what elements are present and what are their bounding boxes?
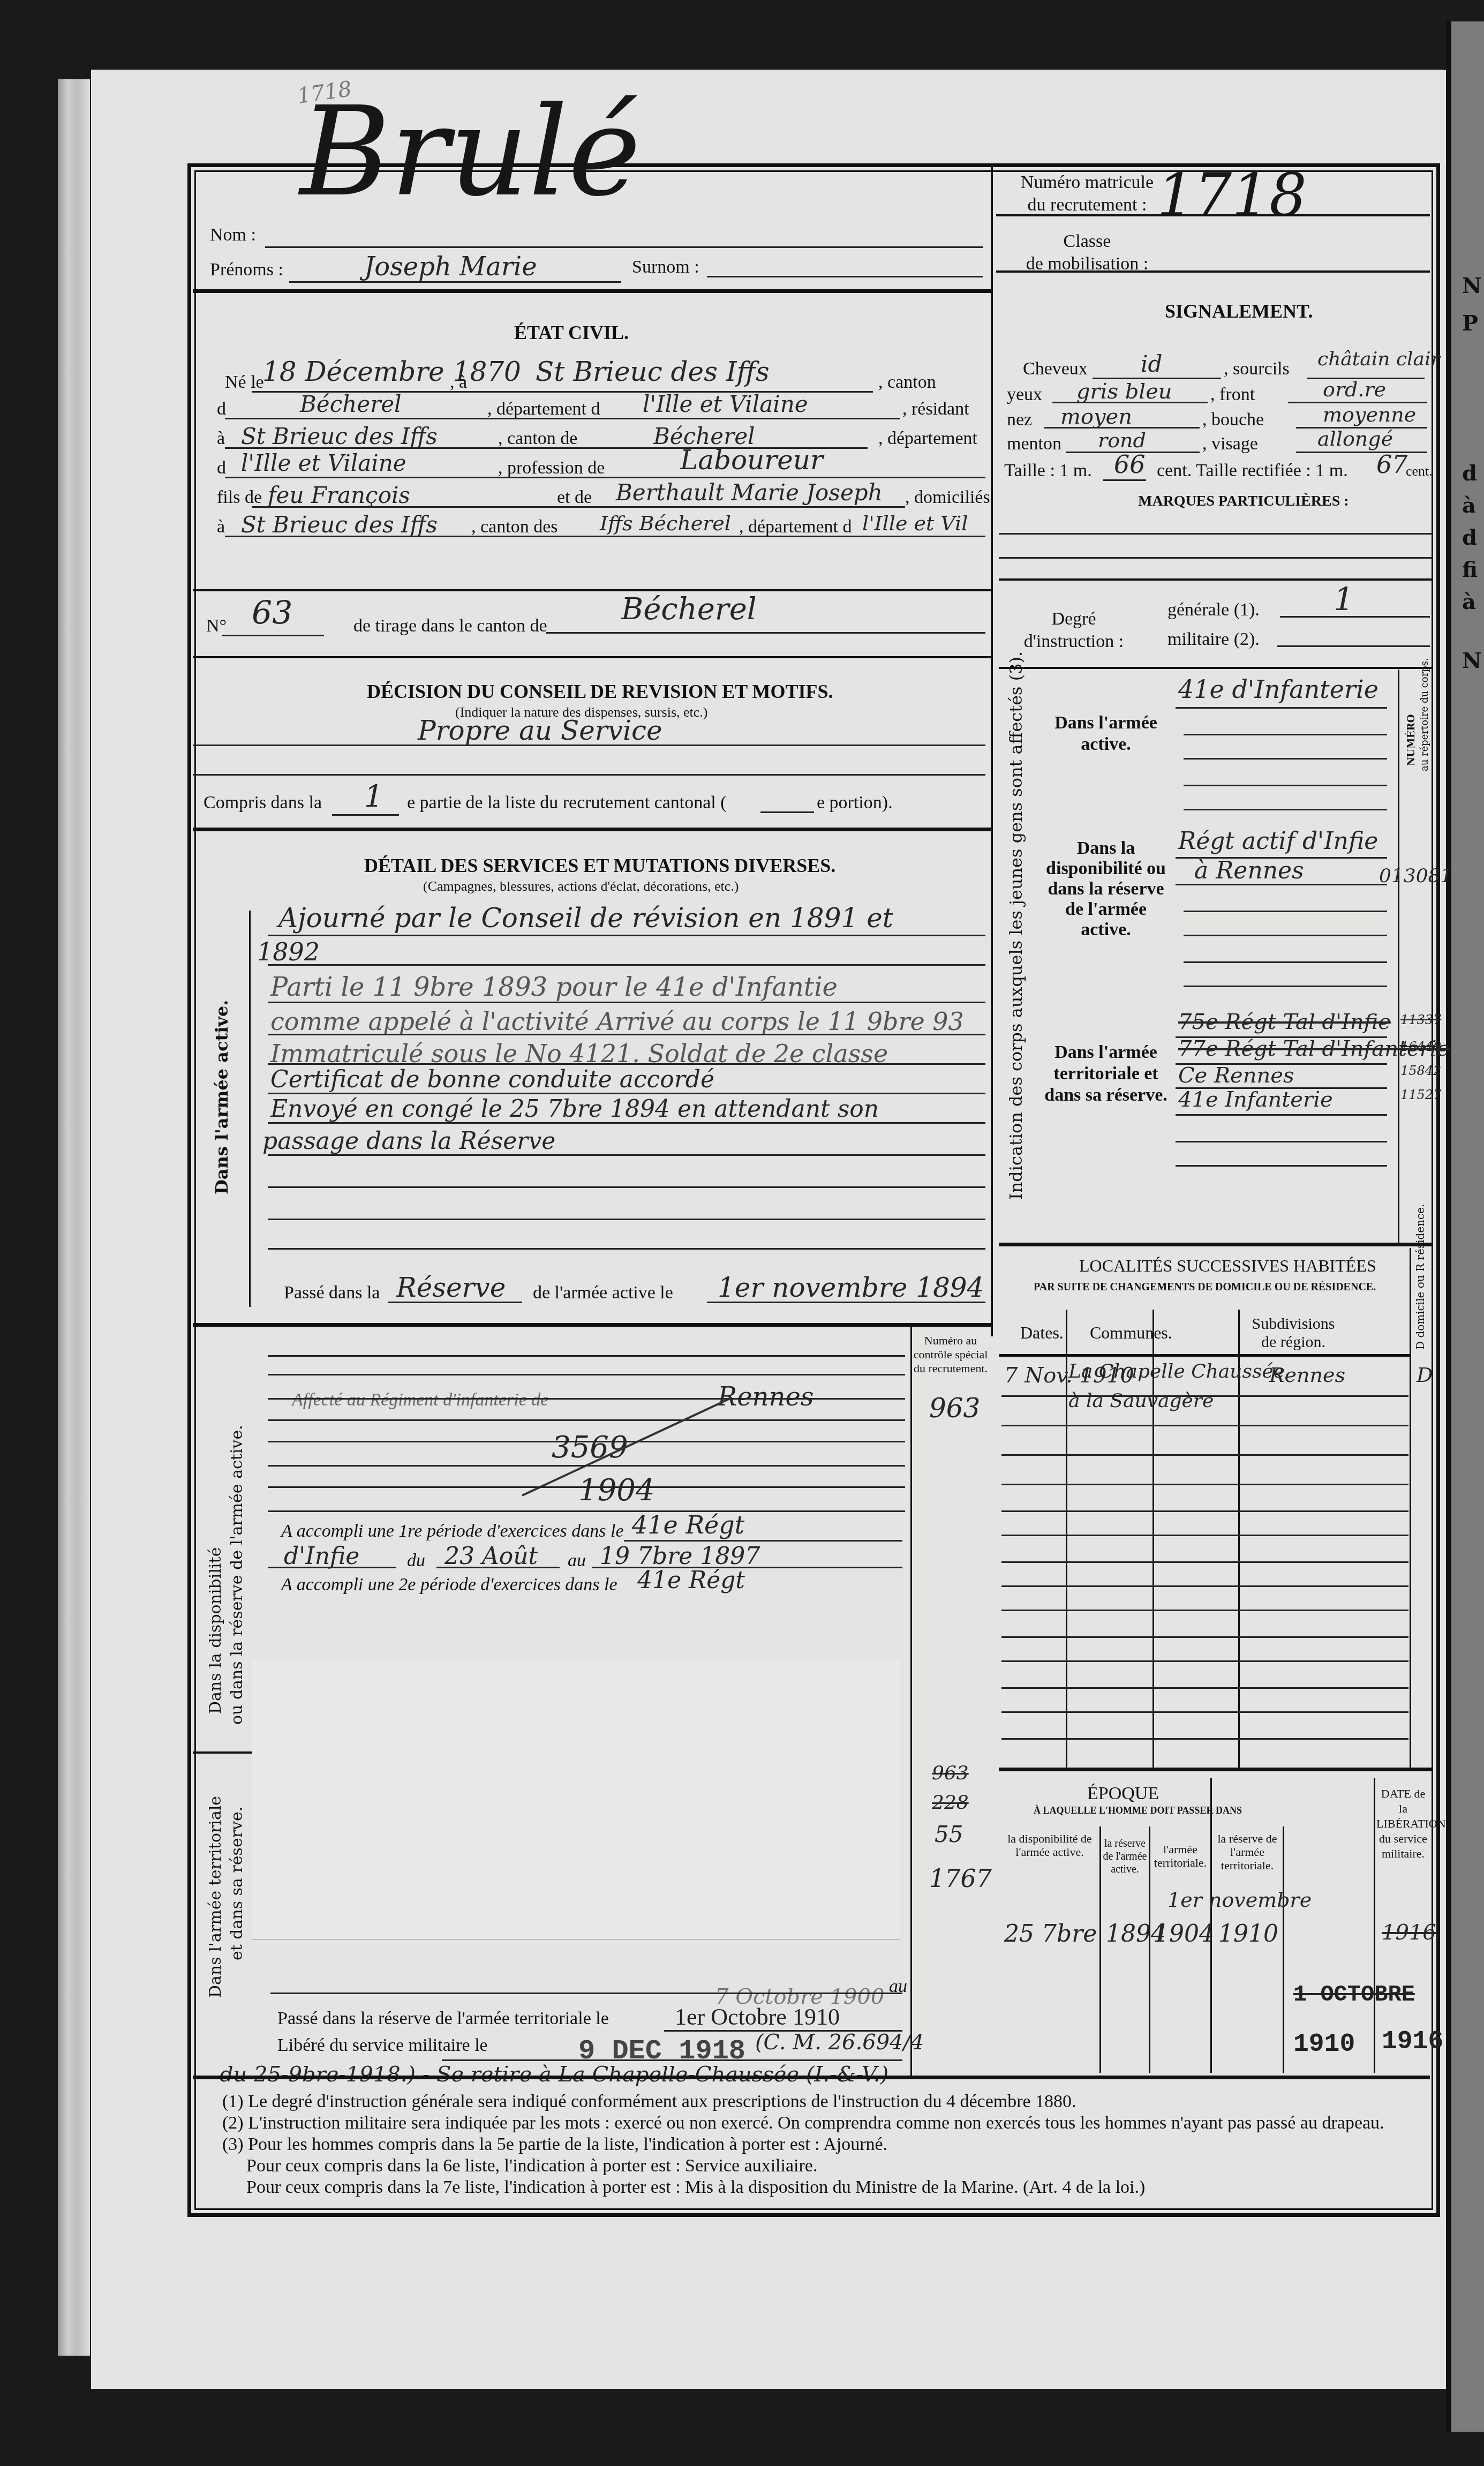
- divider: [193, 589, 991, 591]
- liberation-value: 1916: [1382, 1920, 1436, 1945]
- territoriale-numero-4: 1767: [929, 1864, 992, 1893]
- birth-place: St Brieuc des Iffs: [536, 356, 770, 387]
- disponibilite-entry: à Rennes: [1194, 857, 1304, 884]
- matricule-value: 1718: [1157, 161, 1307, 229]
- numero-controle-divider: [910, 1326, 912, 2076]
- numero-header: NUMÉRO: [1406, 715, 1417, 766]
- footnote-4: Pour ceux compris dans la 6e liste, l'in…: [246, 2156, 817, 2176]
- residant-a-label: à: [217, 428, 225, 449]
- instruction-label-line2: d'instruction :: [1024, 631, 1124, 651]
- taille-value: 66: [1114, 450, 1146, 479]
- nez-value: moyen: [1060, 404, 1132, 429]
- next-page-edge: N P d à d fi à N: [1446, 21, 1484, 2432]
- underline: [268, 1465, 905, 1467]
- row-line: [1001, 1711, 1408, 1713]
- underline: [268, 1486, 905, 1488]
- libere-note: (C. M. 26.694/4: [755, 2030, 924, 2055]
- underline: [222, 635, 324, 636]
- passe-value: Réserve: [396, 1272, 506, 1303]
- underline: [1176, 1063, 1387, 1065]
- affecte-value: Rennes: [718, 1382, 813, 1412]
- tirage-label: de tirage dans le canton de: [353, 616, 547, 636]
- domicilies-a-label: à: [217, 517, 225, 537]
- cheveux-label: Cheveux: [1023, 359, 1088, 379]
- row-line: [1001, 1610, 1408, 1611]
- localite-subdivision: Rennes: [1269, 1363, 1345, 1387]
- residant-value: St Brieuc des Iffs: [241, 423, 438, 449]
- compris-value: 1: [364, 779, 383, 814]
- numero-controle-header: Numéro au contrôle spécial du recrutemen…: [913, 1334, 988, 1375]
- underline: [1184, 911, 1387, 912]
- underline: [268, 1419, 905, 1421]
- divider: [996, 270, 1430, 273]
- underline: [546, 632, 985, 634]
- residant-canton-label: , canton de: [498, 428, 577, 449]
- front-label: , front: [1210, 385, 1255, 405]
- underline: [268, 1441, 905, 1442]
- underline: [436, 1567, 560, 1568]
- domicilies-value: St Brieuc des Iffs: [241, 512, 438, 538]
- disponibilite-vertical-label-2: ou dans la réserve de l'armée active.: [228, 1425, 246, 1725]
- canton-value: Bécherel: [300, 391, 402, 417]
- underline: [1184, 734, 1387, 735]
- cheveux-value: id: [1141, 351, 1162, 377]
- conseil-title: DÉCISION DU CONSEIL DE REVISION ET MOTIF…: [367, 680, 833, 703]
- territoriale-entry: Ce Rennes: [1178, 1063, 1294, 1088]
- divider: [193, 656, 991, 658]
- sourcils-value: châtain clair: [1317, 348, 1440, 370]
- underline: [388, 1302, 522, 1303]
- matricule-label: Numéro matriculedu recrutement :: [1007, 171, 1167, 216]
- surnom-underline: [707, 276, 983, 277]
- territoriale-label: Dans l'armée territoriale et dans sa rés…: [1042, 1042, 1170, 1106]
- territoriale-numero: 11337: [1400, 1012, 1441, 1027]
- row-line: [1001, 1535, 1408, 1536]
- row-line: [1001, 1454, 1408, 1456]
- service-line: Envoyé en congé le 25 7bre 1894 en atten…: [270, 1095, 879, 1123]
- row-line: [1001, 1395, 1408, 1397]
- underline: [193, 745, 985, 746]
- underline: [268, 1093, 985, 1094]
- row-line: [1001, 1484, 1408, 1485]
- underline: [268, 964, 985, 966]
- instruction-generale-label: générale (1).: [1167, 600, 1260, 620]
- conseil-decision: Propre au Service: [418, 715, 662, 746]
- matricule-label-line1: Numéro matricule: [1021, 172, 1154, 192]
- libere-label: Libéré du service militaire le: [277, 2035, 488, 2056]
- stamp-liberation: 1916: [1382, 2027, 1443, 2056]
- epoque-value-reserve-territoriale: 1910: [1218, 1920, 1278, 1948]
- underline: [442, 2059, 902, 2061]
- domicilies-canton-value: Iffs Bécherel: [600, 512, 731, 535]
- periode1-regiment-2: d'Infie: [284, 1543, 359, 1570]
- underline: [1176, 1036, 1387, 1038]
- underline: [1176, 1114, 1387, 1116]
- divider: [193, 2076, 1430, 2079]
- domicilies-departement-value: l'Ille et Vil: [862, 512, 968, 535]
- next-page-fragment: P: [1462, 311, 1478, 336]
- passe-reserve-label: Passé dans la réserve de l'armée territo…: [277, 2009, 609, 2029]
- prenoms-underline: [289, 281, 621, 283]
- numero-column-divider: [1398, 670, 1399, 1243]
- cent-label: cent.: [1406, 463, 1433, 479]
- localites-title: LOCALITÉS SUCCESSIVES HABITÉES: [1079, 1256, 1376, 1276]
- services-section-label: Dans l'armée active.: [212, 1000, 232, 1194]
- footnote-5: Pour ceux compris dans la 7e liste, l'in…: [246, 2177, 1145, 2198]
- header-rule: [999, 1354, 1411, 1357]
- underline: [270, 1993, 902, 1994]
- instruction-generale-value: 1: [1334, 581, 1354, 619]
- divider: [996, 214, 1430, 216]
- front-value: ord.re: [1323, 378, 1386, 401]
- territoriale-numero: 11527: [1400, 1087, 1441, 1102]
- periode1-au-label: au: [568, 1551, 586, 1571]
- corps-vertical-label: Indication des corps auxquels les jeunes…: [1006, 651, 1026, 1200]
- epoque-col-reserve-territoriale: la réserve de l'armée territoriale.: [1213, 1832, 1282, 1872]
- libere-note-2: du 25-9bre-1918.) - Se retire à La Chape…: [220, 2062, 888, 2087]
- underline: [268, 1219, 985, 1220]
- disponibilite-entry: Régt actif d'Infie: [1178, 828, 1378, 855]
- passe-reserve-value: 1er Octobre 1910: [675, 2003, 840, 2031]
- pasted-paper-slip: [252, 1660, 900, 1939]
- domicilies-canton-label: , canton des: [471, 517, 558, 537]
- instruction-label-line1: Degré: [1051, 609, 1096, 629]
- next-page-fragment: d: [1462, 461, 1477, 486]
- periode1-label: A accompli une 1re période d'exercices d…: [281, 1521, 624, 1542]
- underline: [268, 1398, 905, 1400]
- underline: [1184, 961, 1387, 963]
- classe-label-line1: Classe: [1064, 231, 1111, 251]
- service-line: 1892: [257, 937, 320, 966]
- territoriale-numero: 15842: [1400, 1063, 1441, 1078]
- territoriale-numero-2: 228: [932, 1792, 969, 1814]
- profession-label: , profession de: [498, 458, 605, 478]
- territoriale-numero-1: 963: [932, 1762, 969, 1784]
- territoriale-vertical-label-2: et dans sa réserve.: [228, 1807, 246, 1960]
- underline: [268, 1063, 985, 1065]
- divider: [999, 578, 1433, 581]
- epoque-title: ÉPOQUE: [1087, 1784, 1159, 1804]
- disponibilite-numero: 013081: [1379, 865, 1452, 887]
- menton-value: rond: [1098, 428, 1146, 452]
- periode2-regiment: 41e Régt: [637, 1567, 745, 1594]
- col-divider: [1374, 1778, 1375, 2073]
- nez-label: nez: [1007, 410, 1032, 430]
- next-page-fragment: N: [1462, 648, 1482, 673]
- underline: [225, 477, 985, 478]
- compris-label-3: e portion).: [817, 793, 893, 813]
- footnote-2: (2) L'instruction militaire sera indiqué…: [222, 2113, 1384, 2133]
- signalement-title: SIGNALEMENT.: [1165, 300, 1313, 322]
- stamp-reserve-territoriale-year: 1910: [1293, 2030, 1355, 2059]
- canton-label: , canton: [878, 372, 936, 393]
- underline: [268, 1122, 985, 1124]
- numero-controle-value: 963: [929, 1393, 980, 1424]
- underline: [1176, 1165, 1387, 1167]
- armee-active-label: Dans l'armée active.: [1042, 712, 1170, 755]
- taille-rectifiee-label: cent. Taille rectifiée : 1 m.: [1157, 461, 1348, 481]
- underline: [999, 533, 1433, 535]
- underline: [999, 557, 1433, 559]
- canton-prefix: d: [217, 399, 226, 419]
- service-line: Parti le 11 9bre 1893 pour le 41e d'Infa…: [270, 972, 838, 1002]
- compris-label-2: e partie de la liste du recrutement cant…: [407, 793, 727, 813]
- service-line: Certificat de bonne conduite accordé: [270, 1066, 714, 1093]
- tirage-no-label: N°: [206, 616, 227, 636]
- compris-label: Compris dans la: [204, 793, 322, 813]
- periode1-du-label: du: [407, 1551, 425, 1571]
- father-value: feu François: [268, 482, 410, 508]
- underline: [1176, 1087, 1387, 1089]
- underline: [268, 1034, 985, 1035]
- underline: [225, 536, 985, 537]
- passe-date: 1er novembre 1894: [718, 1272, 984, 1303]
- epoque-col-territoriale: l'armée territoriale.: [1151, 1843, 1209, 1869]
- next-page-fragment: fi: [1462, 557, 1478, 582]
- epoque-value-territoriale: 1904: [1154, 1920, 1214, 1948]
- territoriale-numero-3: 55: [935, 1821, 963, 1847]
- periode1-au-value: 19 7bre 1897: [600, 1543, 760, 1570]
- underline: [1184, 758, 1387, 760]
- nom-underline: [265, 246, 983, 248]
- row-line: [1001, 1636, 1408, 1638]
- underline: [1184, 935, 1387, 936]
- section-bracket: [249, 911, 251, 1307]
- col-divider: [1283, 1826, 1284, 2073]
- underline: [1184, 785, 1387, 786]
- periode1-regiment: 41e Régt: [632, 1510, 744, 1539]
- divider: [999, 1243, 1433, 1246]
- residant-departement-value: l'Ille et Vilaine: [241, 450, 406, 476]
- periode1-du-value: 23 Août: [445, 1543, 538, 1570]
- disponibilite-vertical-label-1: Dans la disponibilité: [206, 1547, 225, 1714]
- crossed-year: 1904: [578, 1473, 655, 1508]
- underline: [268, 1510, 905, 1512]
- yeux-label: yeux: [1007, 385, 1042, 405]
- localite-commune-2: à la Sauvagère: [1068, 1390, 1214, 1412]
- underline: [252, 506, 905, 508]
- underline: [268, 1154, 985, 1156]
- underline: [1184, 986, 1387, 987]
- instruction-label: Degréd'instruction :: [1007, 608, 1141, 653]
- underline: [1176, 1141, 1387, 1142]
- prenoms-value: Joseph Marie: [364, 252, 537, 282]
- taille-rectifiee-value: 67: [1376, 450, 1408, 479]
- divider: [999, 667, 1433, 669]
- underline: [332, 814, 399, 816]
- menton-label: menton: [1007, 434, 1061, 454]
- col-divider: [1410, 1248, 1411, 1770]
- next-page-fragment: d: [1462, 525, 1477, 550]
- underline: [1103, 479, 1146, 481]
- portion-underline: [760, 811, 814, 813]
- a-label: , à: [450, 372, 467, 393]
- epoque-shared-note: 1er novembre: [1167, 1888, 1312, 1912]
- divider: [193, 289, 991, 293]
- visage-label: , visage: [1202, 434, 1258, 454]
- matricule-label-line2: du recrutement :: [1028, 195, 1147, 215]
- departement-label: , département d: [487, 399, 600, 419]
- periode2-label: A accompli une 2e période d'exercices da…: [281, 1575, 617, 1595]
- affecte-line: Affecté au Régiment d'infanterie de: [292, 1390, 548, 1410]
- underline: [1052, 402, 1208, 403]
- passe-label: Passé dans la: [284, 1283, 380, 1303]
- service-line: Ajourné par le Conseil de révision en 18…: [278, 903, 893, 934]
- divider: [193, 1323, 991, 1327]
- underline: [1176, 884, 1387, 885]
- underline: [225, 418, 900, 419]
- territoriale-entry: 41e Infanterie: [1178, 1087, 1333, 1112]
- sourcils-label: , sourcils: [1224, 359, 1290, 379]
- underline: [268, 935, 985, 936]
- epoque-col-reserve-active: la réserve de l'armée active.: [1102, 1837, 1148, 1876]
- underline: [1184, 809, 1387, 810]
- profession-value: Laboureur: [680, 445, 823, 476]
- divider: [193, 1751, 252, 1754]
- fils-label: fils de: [217, 487, 262, 508]
- taille-label: Taille : 1 m.: [1004, 461, 1092, 481]
- etat-civil-title: ÉTAT CIVIL.: [514, 321, 629, 344]
- bouche-label: , bouche: [1202, 410, 1264, 430]
- nom-value: Brulé: [300, 91, 641, 214]
- tirage-no-value: 63: [252, 595, 292, 632]
- underline: [1176, 707, 1387, 709]
- footnote-1: (1) Le degré d'instruction générale sera…: [222, 2092, 1076, 2112]
- row-line: [1001, 1738, 1408, 1740]
- underline: [268, 1186, 985, 1188]
- col-header-domicile: D domicile ou R résidence.: [1414, 1204, 1427, 1350]
- armee-active-entry: 41e d'Infanterie: [1178, 675, 1378, 704]
- col-divider: [1149, 1826, 1150, 2073]
- yeux-value: gris bleu: [1076, 379, 1172, 404]
- epoque-col-disponibilite: la disponibilité de l'armée active.: [1001, 1832, 1098, 1859]
- underline: [268, 1248, 985, 1250]
- row-line: [1001, 1585, 1408, 1587]
- underline: [624, 1540, 902, 1542]
- services-title: DÉTAIL DES SERVICES ET MUTATIONS DIVERSE…: [364, 854, 835, 877]
- crossed-number: 3569: [552, 1430, 628, 1465]
- numero-header-2: au répertoire du corps.: [1419, 658, 1430, 771]
- departement-value: l'Ille et Vilaine: [643, 391, 808, 417]
- services-subtitle: (Campagnes, blessures, actions d'éclat, …: [423, 878, 739, 894]
- residant-dep-prefix: d: [217, 458, 226, 478]
- service-line: passage dans la Réserve: [262, 1127, 555, 1155]
- underline: [707, 1302, 985, 1303]
- next-page-fragment: N: [1462, 273, 1482, 298]
- birth-date: 18 Décembre 1870: [262, 356, 521, 387]
- territoriale-numero: 16440: [1400, 1039, 1441, 1054]
- next-page-fragment: à: [1462, 589, 1476, 614]
- bouche-value: moyenne: [1323, 403, 1416, 426]
- localites-subtitle: PAR SUITE DE CHANGEMENTS DE DOMICILE OU …: [1034, 1281, 1376, 1294]
- col-header-dates: Dates.: [1020, 1323, 1064, 1343]
- next-page-fragment: à: [1462, 493, 1476, 518]
- row-line: [1001, 1510, 1408, 1512]
- col-header-subdivisions: Subdivisions de région.: [1248, 1315, 1339, 1351]
- marques-title: MARQUES PARTICULIÈRES :: [1138, 493, 1349, 510]
- divider: [999, 1768, 1433, 1771]
- column-divider: [991, 163, 993, 1336]
- book-page-stack: [58, 79, 90, 2356]
- classe-label: Classede mobilisation :: [1007, 230, 1167, 275]
- residant-label: , résidant: [902, 399, 969, 419]
- disponibilite-label: Dans la disponibilité ou dans la réserve…: [1042, 838, 1170, 940]
- visage-value: allongé: [1317, 427, 1393, 450]
- ne-le-label: Né le: [225, 372, 264, 393]
- underline: [1277, 645, 1430, 647]
- underline: [1280, 616, 1430, 618]
- col-header-communes: Communes.: [1090, 1323, 1172, 1343]
- residant-departement-label: , département: [878, 428, 977, 449]
- col-divider: [1099, 1826, 1101, 2073]
- passe-label-2: de l'armée active le: [533, 1283, 673, 1303]
- liberation-header: DATE de la LIBÉRATION du service militai…: [1376, 1786, 1430, 1861]
- underline: [268, 1374, 905, 1375]
- territoriale-entry: 75e Régt Tal d'Infie: [1178, 1010, 1391, 1034]
- surnom-label: Surnom :: [632, 257, 699, 277]
- localite-commune: La Chapelle Chaussée: [1068, 1360, 1285, 1382]
- row-line: [1001, 1660, 1408, 1662]
- stamp-reserve-territoriale: 1 OCTOBRE: [1293, 1982, 1415, 2008]
- tirage-canton-value: Bécherel: [621, 592, 757, 627]
- underline: [268, 1355, 905, 1357]
- underline: [268, 1002, 985, 1003]
- underline: [193, 774, 985, 776]
- row-line: [1001, 1687, 1408, 1689]
- divider: [193, 828, 991, 831]
- mother-value: Berthault Marie Joseph: [616, 479, 883, 506]
- service-line: comme appelé à l'activité Arrivé au corp…: [270, 1007, 964, 1036]
- nom-label: Nom :: [210, 225, 256, 245]
- row-line: [1001, 1425, 1408, 1426]
- prenoms-label: Prénoms :: [210, 260, 283, 280]
- domicilies-label: , domiciliés: [905, 487, 990, 508]
- et-label: et de: [557, 487, 592, 508]
- row-line: [1001, 1561, 1408, 1563]
- localite-type: D: [1417, 1363, 1433, 1387]
- domicilies-departement-label: , département d: [739, 517, 852, 537]
- epoque-value-disponibilite: 25 7bre: [1004, 1920, 1097, 1948]
- territoriale-vertical-label-1: Dans l'armée territoriale: [206, 1796, 225, 1998]
- instruction-militaire-label: militaire (2).: [1167, 629, 1260, 650]
- footnote-3: (3) Pour les hommes compris dans la 5e p…: [222, 2134, 887, 2155]
- underline: [268, 1567, 396, 1568]
